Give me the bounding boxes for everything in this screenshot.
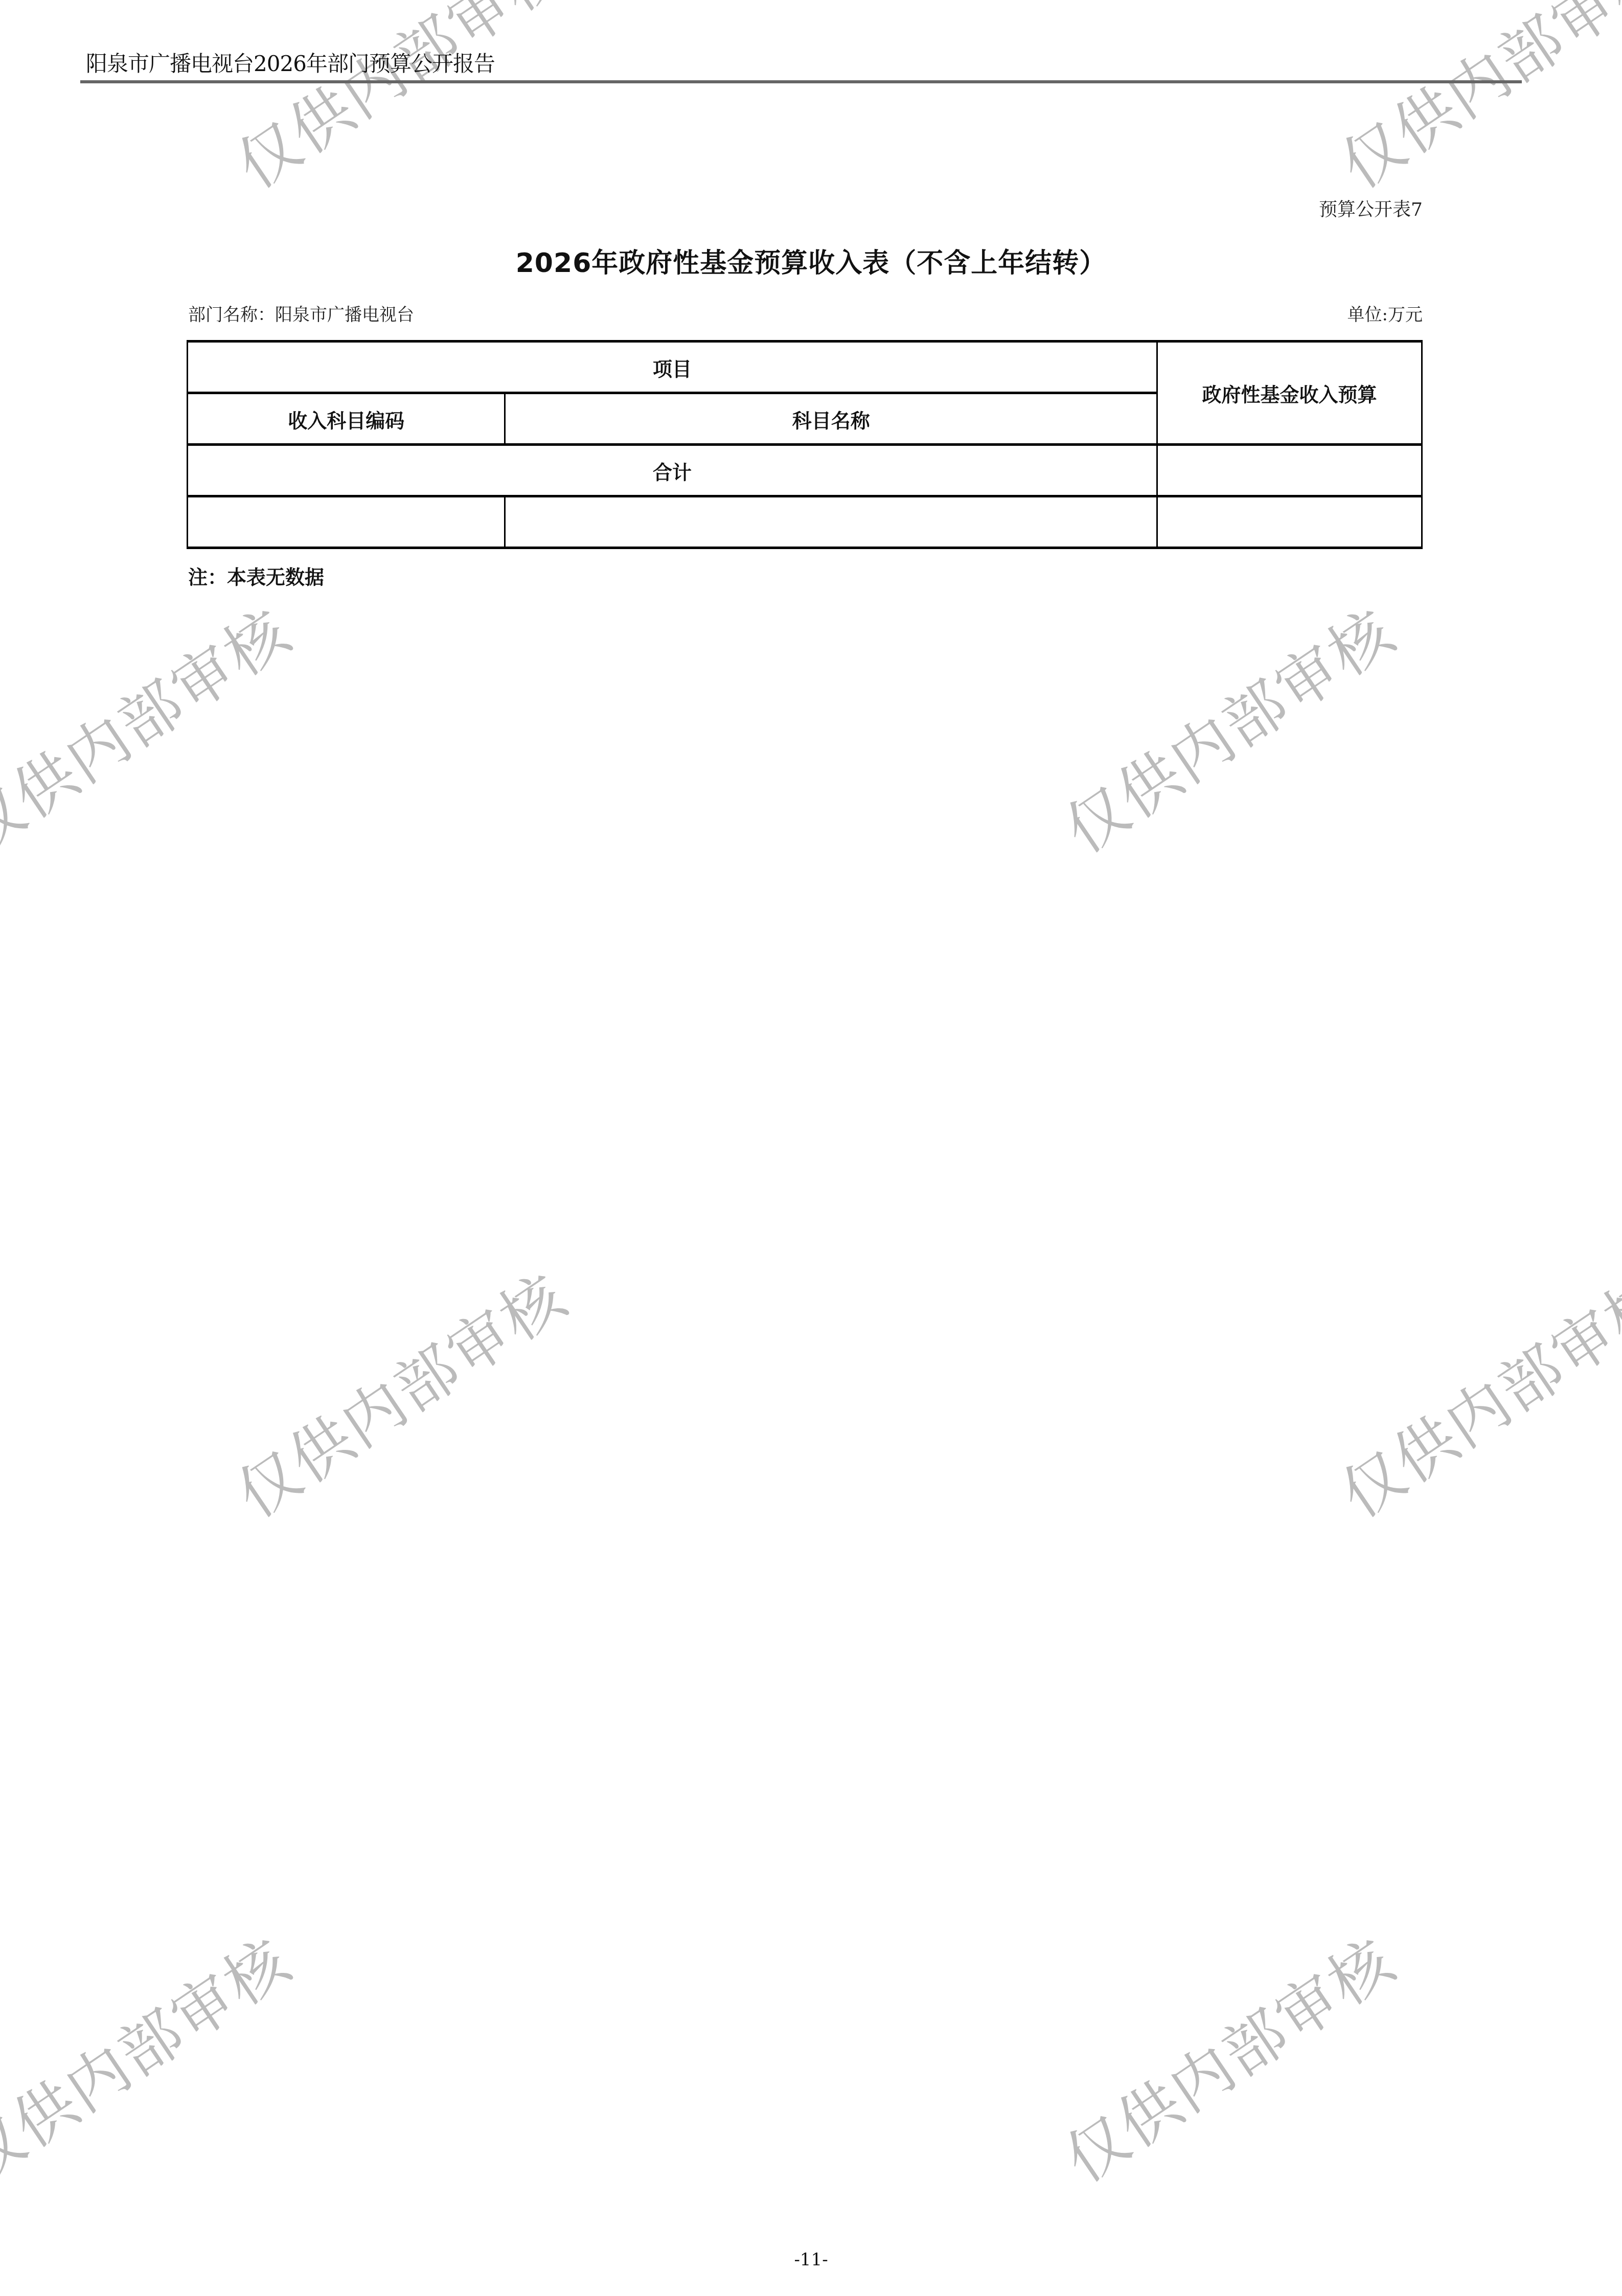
watermark: 仅供内部审核 [0,584,305,870]
page-title: 2026年政府性基金预算收入表（不含上年结转） [0,241,1622,280]
header-rule [80,80,1522,83]
watermark: 仅供内部审核 [1321,0,1622,206]
table-note: 注：本表无数据 [188,561,324,589]
total-row: 合计 [188,445,1422,496]
table-number: 预算公开表7 [1319,195,1423,221]
running-header: 阳泉市广播电视台2026年部门预算公开报告 [86,47,495,78]
watermark: 仅供内部审核 [1321,1249,1622,1535]
watermark: 仅供内部审核 [1045,584,1409,870]
total-value-cell [1157,445,1422,496]
name-header-cell: 科目名称 [505,393,1157,445]
watermark: 仅供内部审核 [1045,1914,1409,2199]
code-header-cell: 收入科目编码 [188,393,505,445]
budget-table: 项目 政府性基金收入预算 收入科目编码 科目名称 合计 [187,340,1423,549]
row-name-cell [505,496,1157,548]
page-number: -11- [0,2249,1622,2270]
table-header-row: 项目 政府性基金收入预算 [188,342,1422,393]
watermark: 仅供内部审核 [217,0,581,206]
row-code-cell [188,496,505,548]
group-header-cell: 项目 [188,342,1157,393]
watermark: 仅供内部审核 [0,1914,305,2199]
row-amount-cell [1157,496,1422,548]
table-row [188,496,1422,548]
watermark: 仅供内部审核 [217,1249,581,1535]
department-name: 部门名称：阳泉市广播电视台 [188,301,414,326]
total-label-cell: 合计 [188,445,1157,496]
amount-header-cell: 政府性基金收入预算 [1157,342,1422,445]
unit-label: 单位:万元 [1347,301,1423,326]
